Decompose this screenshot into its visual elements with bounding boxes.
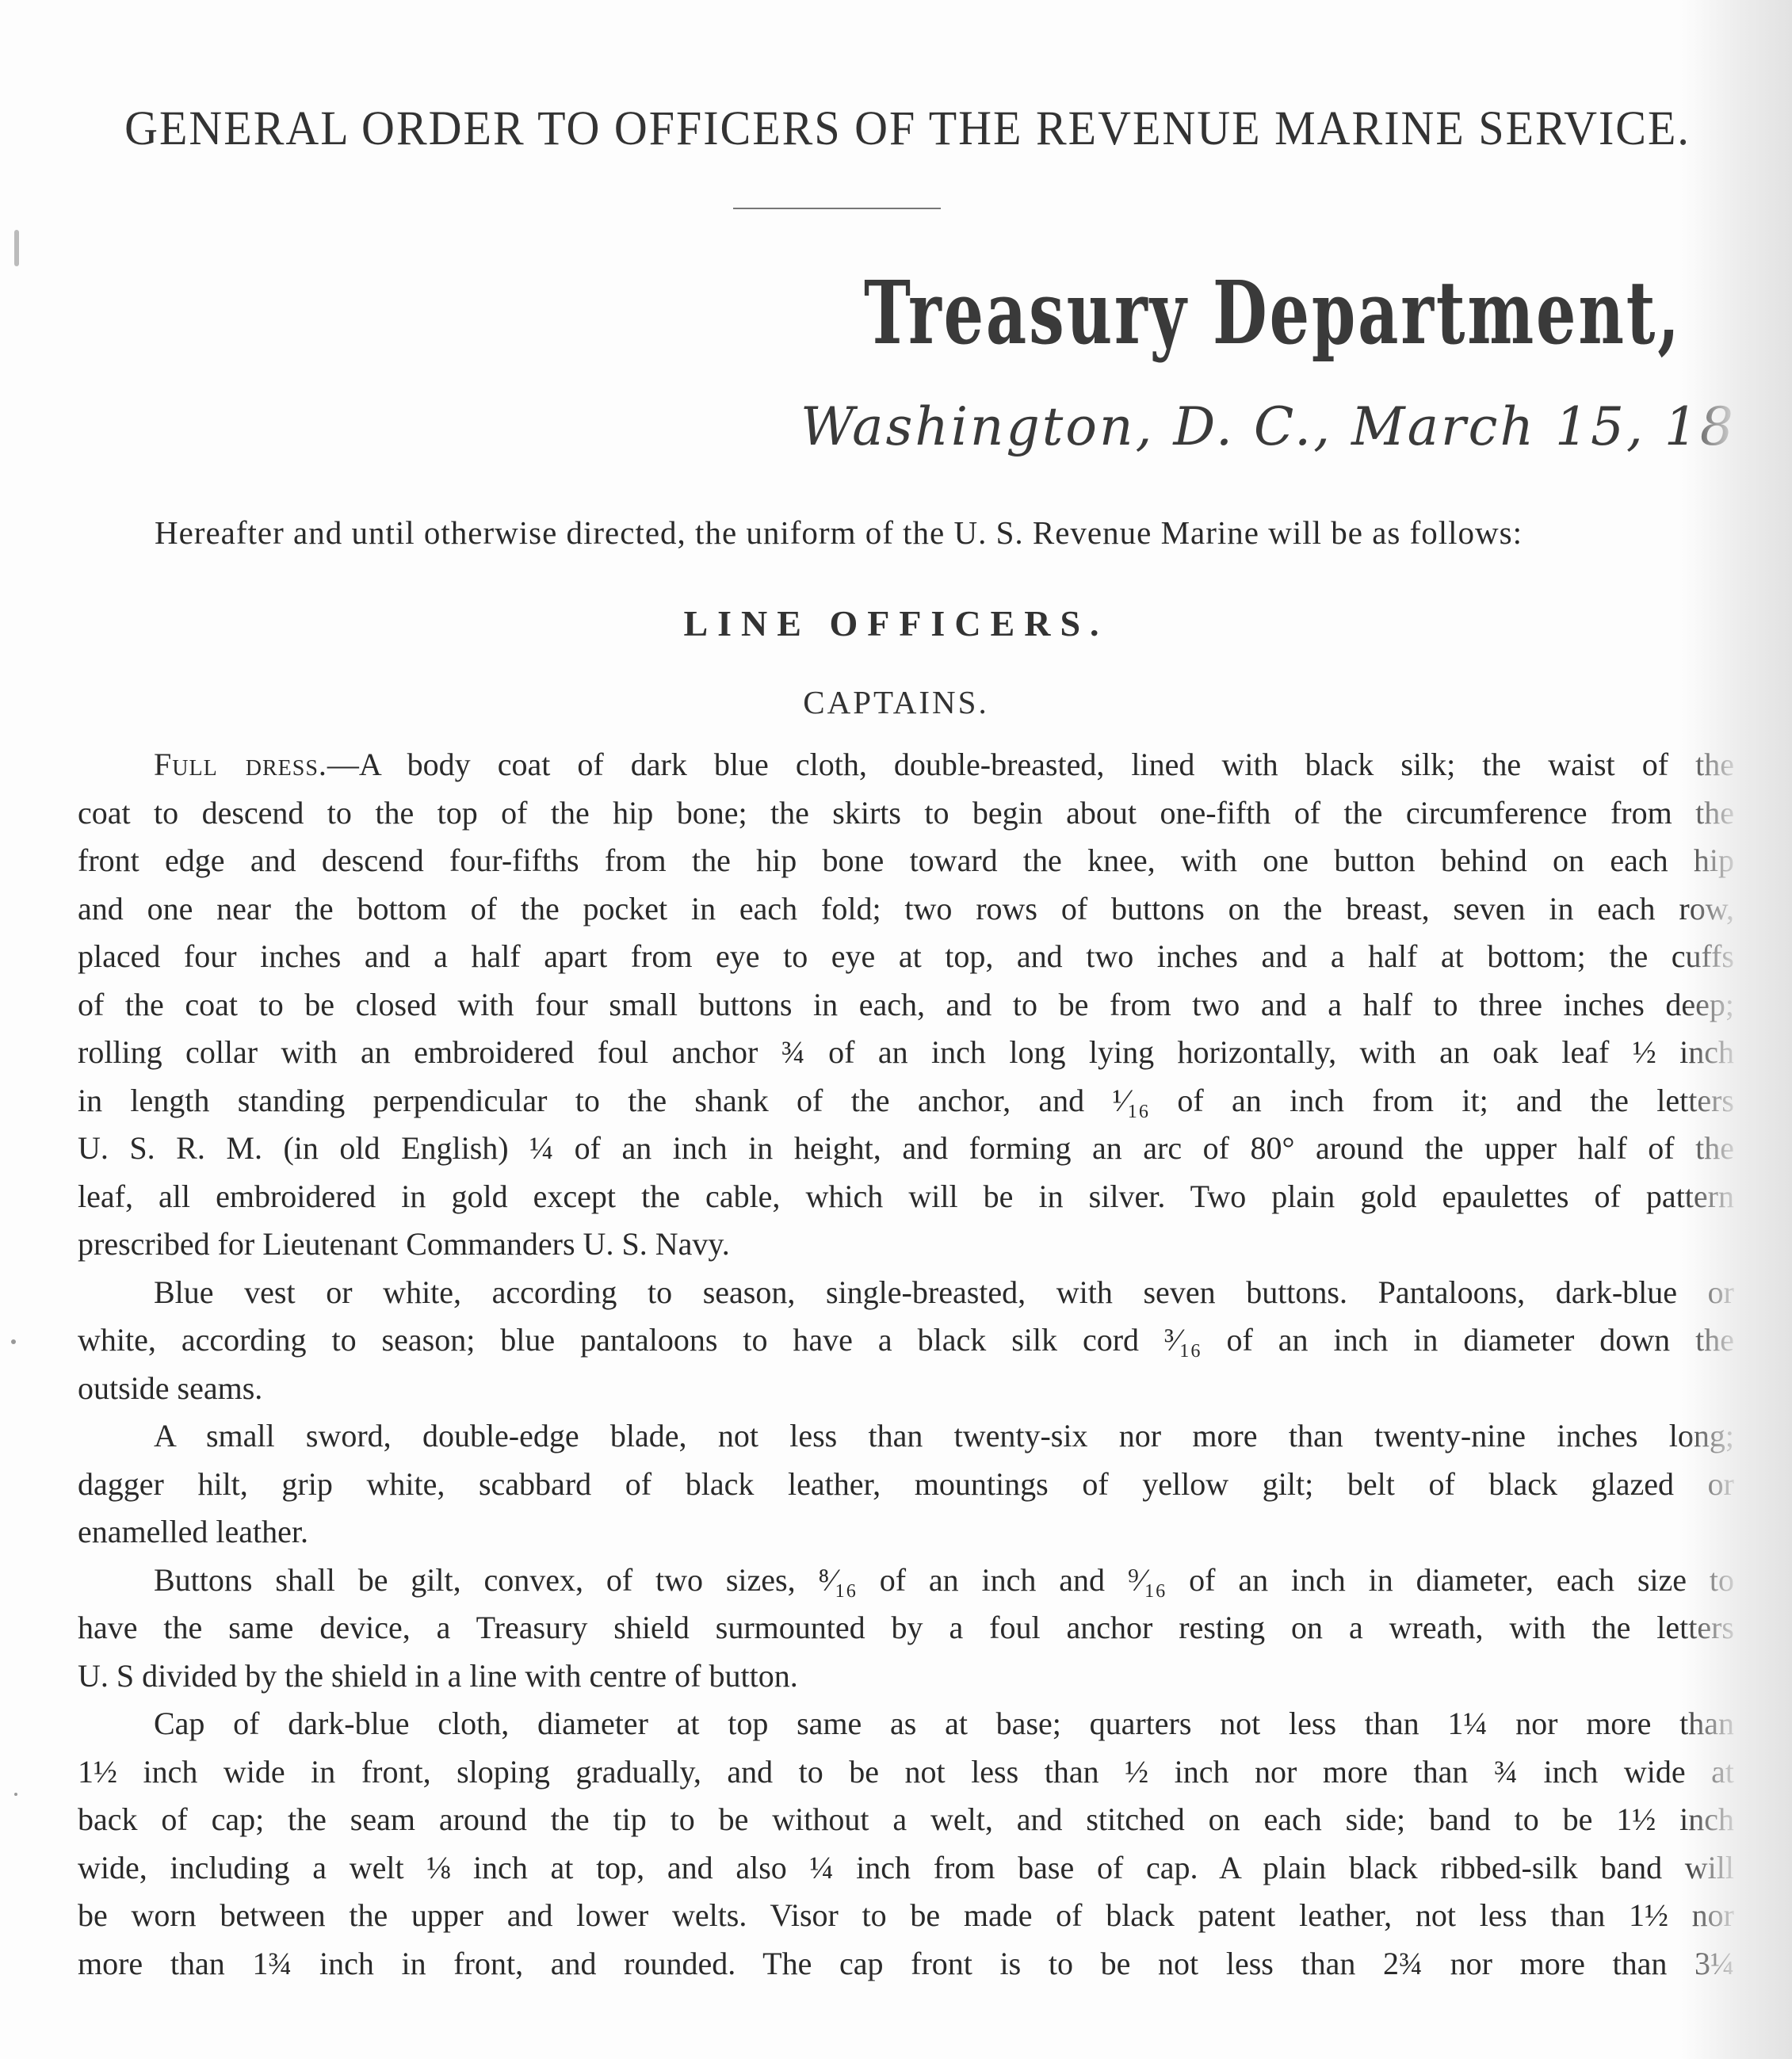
text-line: enamelled leather. (78, 1508, 1734, 1557)
title-divider (733, 208, 941, 209)
cap-paragraph: Cap of dark-blue cloth, diameter at top … (78, 1700, 1734, 1988)
buttons-paragraph: Buttons shall be gilt, convex, of two si… (78, 1557, 1734, 1701)
text-line: leaf, all embroidered in gold except the… (78, 1173, 1734, 1221)
department-heading: Treasury Department, (864, 262, 1682, 364)
text-line: wide, including a welt ⅛ inch at top, an… (78, 1844, 1734, 1893)
text-line: more than 1¾ inch in front, and rounded.… (78, 1940, 1734, 1988)
sub-heading-captains: CAPTAINS. (0, 683, 1792, 721)
section-heading-line-officers: LINE OFFICERS. (0, 602, 1792, 644)
body-text: Full dress.—A body coat of dark blue clo… (78, 741, 1734, 1988)
dateline: Washington, D. C., March 15, 1871. (800, 396, 1792, 457)
text-line: be worn between the upper and lower welt… (78, 1892, 1734, 1940)
text-line: front edge and descend four-fifths from … (78, 837, 1734, 885)
text-line: U. S divided by the shield in a line wit… (78, 1652, 1734, 1701)
text-line: outside seams. (78, 1365, 1734, 1413)
text-line: have the same device, a Treasury shield … (78, 1604, 1734, 1652)
scan-speck (11, 1339, 16, 1344)
scan-speck (14, 1793, 17, 1796)
intro-sentence: Hereafter and until otherwise directed, … (155, 514, 1523, 552)
text-line: and one near the bottom of the pocket in… (78, 885, 1734, 934)
text-line: Cap of dark-blue cloth, diameter at top … (78, 1700, 1734, 1748)
text-line: back of cap; the seam around the tip to … (78, 1796, 1734, 1844)
text-line: U. S. R. M. (in old English) ¼ of an inc… (78, 1125, 1734, 1173)
document-title: GENERAL ORDER TO OFFICERS OF THE REVENUE… (79, 100, 1736, 155)
text-line: in length standing perpendicular to the … (78, 1077, 1734, 1125)
text-line: placed four inches and a half apart from… (78, 933, 1734, 981)
text-line: rolling collar with an embroidered foul … (78, 1029, 1734, 1077)
text-line: dagger hilt, grip white, scabbard of bla… (78, 1461, 1734, 1509)
text-line: prescribed for Lieutenant Commanders U. … (78, 1221, 1734, 1269)
text-line: Full dress.—A body coat of dark blue clo… (78, 741, 1734, 789)
text-line: Buttons shall be gilt, convex, of two si… (78, 1557, 1734, 1605)
scan-speck (14, 230, 19, 266)
full-dress-label: Full dress. (154, 747, 327, 782)
text-line: white, according to season; blue pantalo… (78, 1316, 1734, 1365)
text-line: of the coat to be closed with four small… (78, 981, 1734, 1029)
text-line: Blue vest or white, according to season,… (78, 1269, 1734, 1317)
text-line: 1½ inch wide in front, sloping gradually… (78, 1748, 1734, 1797)
text-line: coat to descend to the top of the hip bo… (78, 789, 1734, 838)
vest-pantaloons-paragraph: Blue vest or white, according to season,… (78, 1269, 1734, 1413)
full-dress-paragraph: Full dress.—A body coat of dark blue clo… (78, 741, 1734, 1269)
document-page: GENERAL ORDER TO OFFICERS OF THE REVENUE… (0, 0, 1792, 2059)
sword-paragraph: A small sword, double-edge blade, not le… (78, 1412, 1734, 1557)
text-line: A small sword, double-edge blade, not le… (78, 1412, 1734, 1461)
